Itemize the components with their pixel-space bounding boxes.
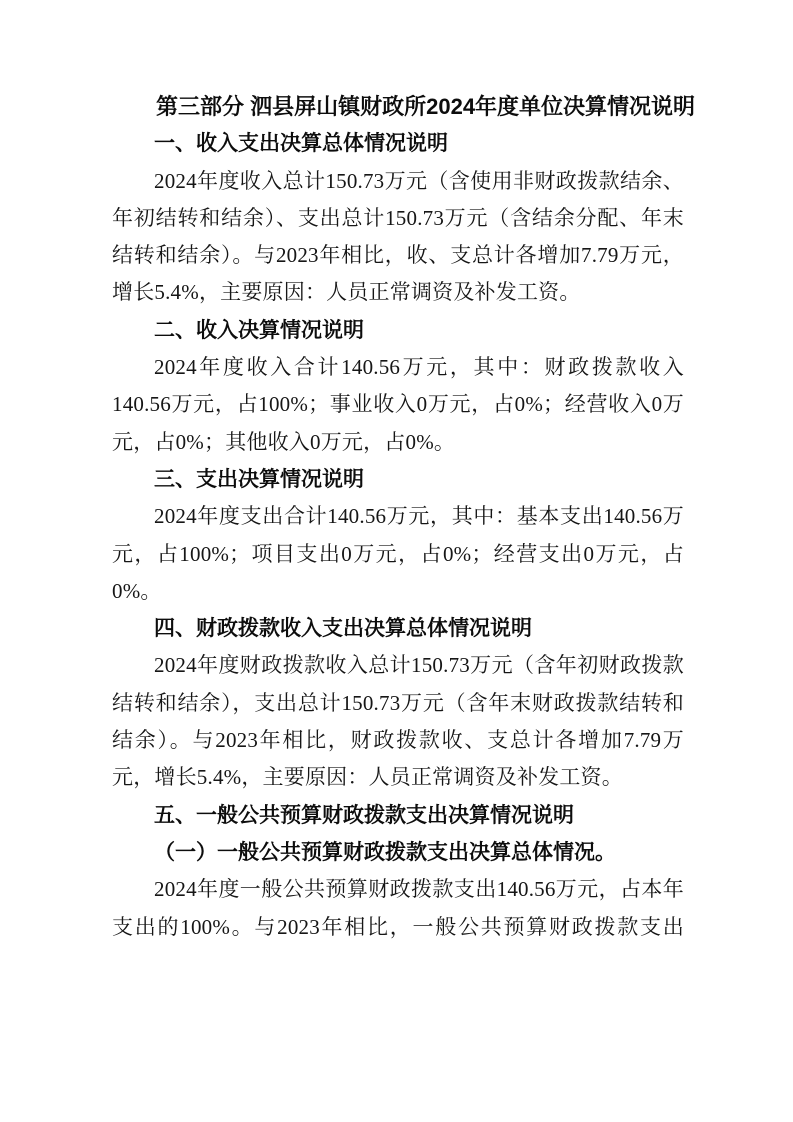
section-expense-statement: 三、支出决算情况说明 2024年度支出合计140.56万元，其中：基本支出140…	[112, 461, 684, 610]
section-general-public-budget-expense: 五、一般公共预算财政拨款支出决算情况说明 （一）一般公共预算财政拨款支出决算总体…	[112, 797, 684, 946]
section-5-heading: 五、一般公共预算财政拨款支出决算情况说明	[112, 797, 684, 834]
section-3-heading: 三、支出决算情况说明	[112, 461, 684, 498]
section-income-statement: 二、收入决算情况说明 2024年度收入合计140.56万元，其中：财政拨款收入1…	[112, 312, 684, 461]
section-1-paragraph: 2024年度收入总计150.73万元（含使用非财政拨款结余、年初结转和结余）、支…	[112, 163, 684, 312]
section-income-expense-overview: 一、收入支出决算总体情况说明 2024年度收入总计150.73万元（含使用非财政…	[112, 125, 684, 311]
document-title: 第三部分 泗县屏山镇财政所2024年度单位决算情况说明	[112, 88, 684, 125]
section-4-heading: 四、财政拨款收入支出决算总体情况说明	[112, 610, 684, 647]
section-4-paragraph: 2024年度财政拨款收入总计150.73万元（含年初财政拨款结转和结余），支出总…	[112, 647, 684, 796]
section-5-paragraph: 2024年度一般公共预算财政拨款支出140.56万元，占本年支出的100%。与2…	[112, 871, 684, 946]
section-1-heading: 一、收入支出决算总体情况说明	[112, 125, 684, 162]
section-fiscal-appropriation-overview: 四、财政拨款收入支出决算总体情况说明 2024年度财政拨款收入总计150.73万…	[112, 610, 684, 796]
section-3-paragraph: 2024年度支出合计140.56万元，其中：基本支出140.56万元，占100%…	[112, 498, 684, 610]
document-page: 第三部分 泗县屏山镇财政所2024年度单位决算情况说明 一、收入支出决算总体情况…	[0, 0, 793, 1122]
section-5-subheading: （一）一般公共预算财政拨款支出决算总体情况。	[112, 834, 684, 871]
section-2-heading: 二、收入决算情况说明	[112, 312, 684, 349]
section-2-paragraph: 2024年度收入合计140.56万元，其中：财政拨款收入140.56万元，占10…	[112, 349, 684, 461]
